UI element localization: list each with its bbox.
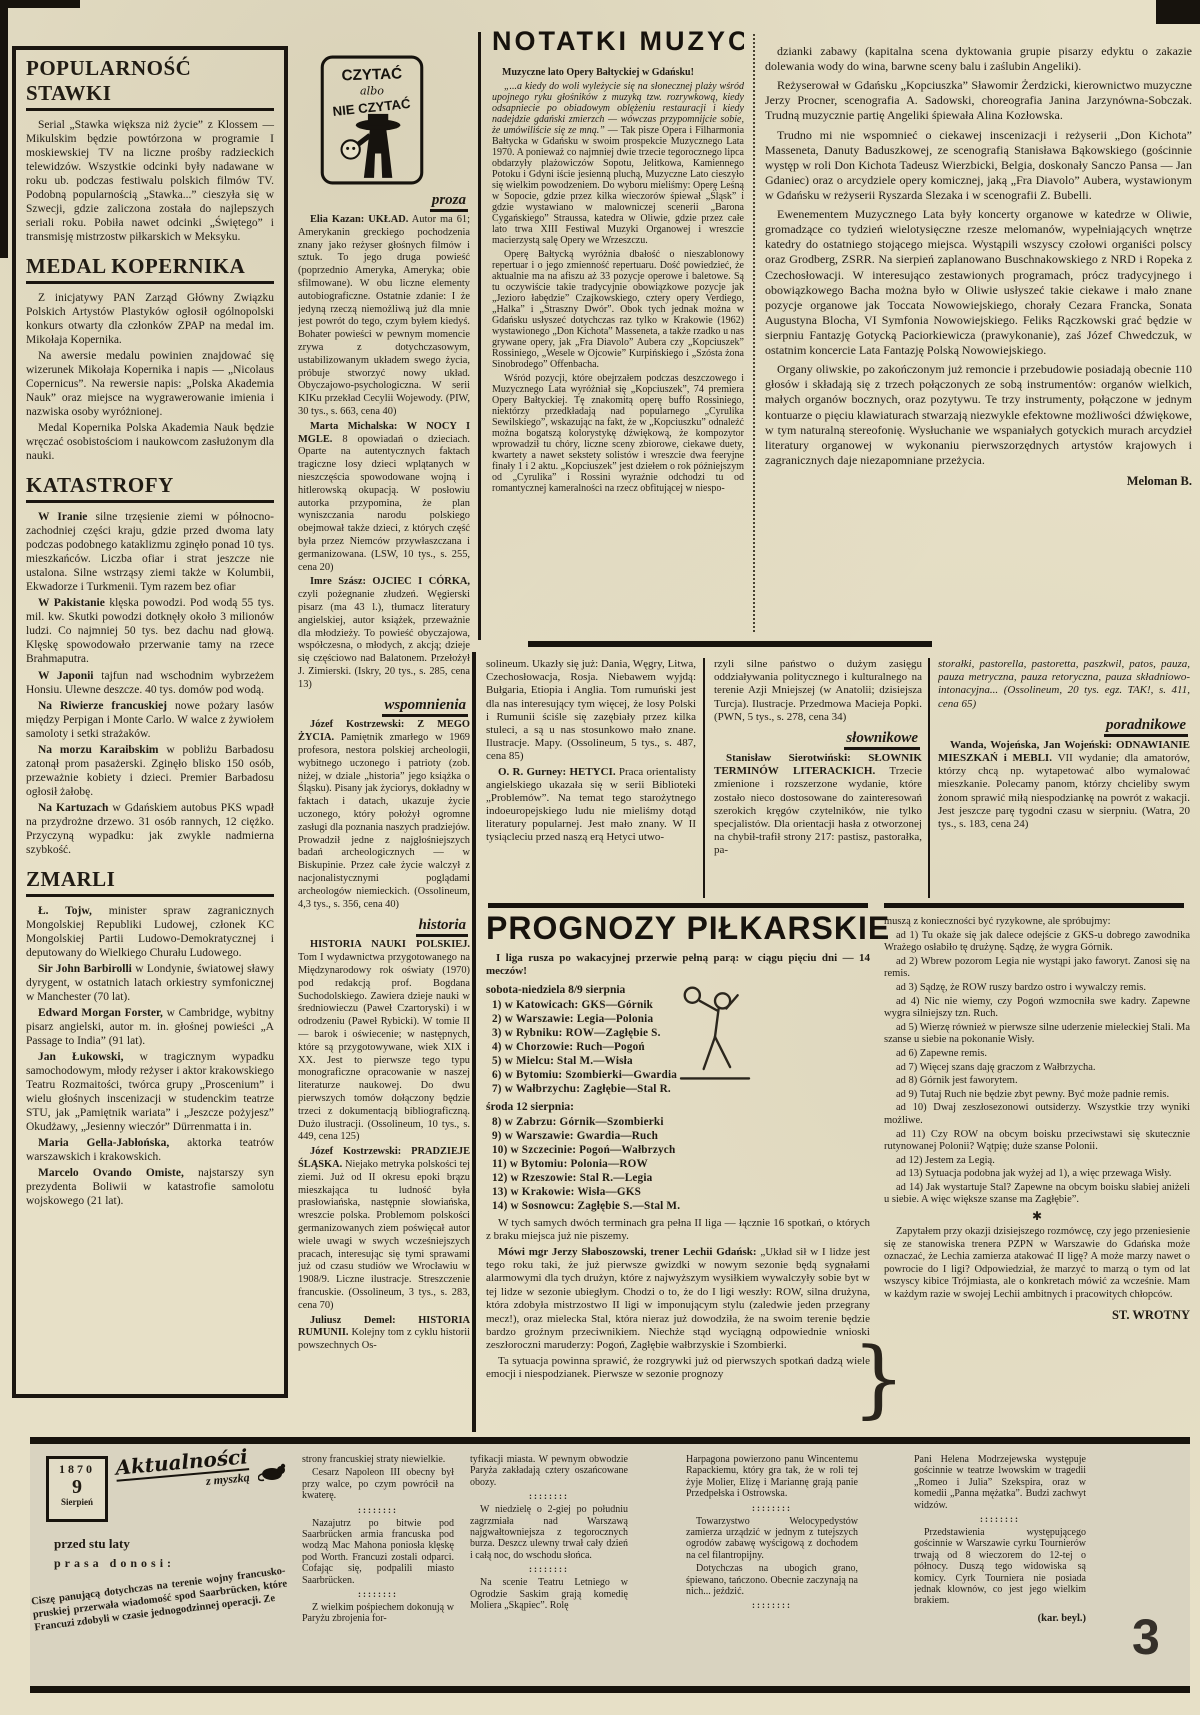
- stamp-day: 9: [49, 1477, 105, 1497]
- book-entry-continuation: rzyli silne państwo o dużym zasięgu oddz…: [714, 658, 922, 724]
- genre-label-slownikowe: słownikowe: [716, 730, 920, 747]
- music-paragraph: Operę Bałtycką wyróżnia dbałość o niesza…: [492, 249, 744, 370]
- retro-item: Towarzystwo Welocypedystów zamierza urzą…: [686, 1516, 858, 1562]
- book-entry: Juliusz Demel: HISTORIA RUMUNII. Kolejny…: [298, 1315, 470, 1353]
- fixture-row: 1) w Katowicach: GKS—Górnik: [492, 998, 870, 1012]
- music-paragraph: Reżyserował w Gdańsku „Kopciuszka” Sławo…: [765, 78, 1192, 123]
- zmarli-item: Jan Łukowski, w tragicznym wypadku samoc…: [26, 1050, 274, 1134]
- prediction-item: ad 8) Górnik jest faworytem.: [884, 1075, 1190, 1088]
- colon-separator: ::::::::: [302, 1505, 454, 1515]
- retro-item: Przedstawienia występującego gościnnie w…: [914, 1527, 1086, 1607]
- book-entry: Stanisław Sierotwiński: SŁOWNIK TERMINÓW…: [714, 752, 922, 858]
- retro-item: Dotychczas na ubogich grano, śpiewano, t…: [686, 1563, 858, 1597]
- music-section-title: NOTATKI MUZYCZNE: [492, 26, 744, 57]
- katastrofy-item: W Pakistanie klęska powodzi. Pod wodą 55…: [26, 596, 274, 666]
- retro-signature: (kar. beyl.): [914, 1613, 1086, 1624]
- fixture-row: 12) w Rzeszowie: Stal R.—Legia: [492, 1171, 870, 1185]
- football-section-title: PROGNOZY PIŁKARSKIE: [486, 910, 890, 947]
- colon-separator: ::::::::: [470, 1564, 628, 1574]
- fixture-row: 8) w Zabrzu: Górnik—Szombierki: [492, 1115, 870, 1129]
- retro-caption-line2: prasa donosi:: [54, 1556, 175, 1571]
- badge-line-czytac: CZYTAĆ: [341, 64, 402, 84]
- prediction-item: ad 6) Zapewne remis.: [884, 1048, 1190, 1061]
- retro-column-2: tyfikacji miasta. W pewnym obwodzie Pary…: [470, 1454, 628, 1686]
- fixture-row: 2) w Warszawie: Legia—Polonia: [492, 1012, 870, 1026]
- katastrofy-item: Na Kartuzach w Gdańskiem autobus PKS wpa…: [26, 801, 274, 857]
- music-paragraph: Wśród pozycji, które obejrzałem podczas …: [492, 373, 744, 494]
- calendar-stamp: 1870 9 Sierpień: [46, 1456, 108, 1522]
- fixture-row: 9) w Warszawie: Gwardia—Ruch: [492, 1129, 870, 1143]
- book-entry-continuation: storałki, pastorella, pastoretta, paszkw…: [938, 658, 1190, 711]
- medal-paragraph: Z inicjatywy PAN Zarząd Główny Związku P…: [26, 291, 274, 347]
- zmarli-item: Ł. Tojw, minister spraw zagranicznych Mo…: [26, 904, 274, 960]
- stamp-year: 1870: [49, 1462, 105, 1477]
- retro-item: Cesarz Napoleon III obecny był przy walc…: [302, 1467, 454, 1501]
- football-paragraph: W tych samych dwóch terminach gra pełna …: [486, 1217, 870, 1244]
- colon-separator: ::::::::: [914, 1514, 1086, 1524]
- retro-item: Harpagona powierzono panu Wincentemu Rap…: [686, 1454, 858, 1500]
- zmarli-item: Sir John Barbirolli w Londynie, światowe…: [26, 962, 274, 1004]
- section-divider-rule: [528, 641, 932, 647]
- prediction-item: ad 12) Jestem za Legią.: [884, 1155, 1190, 1168]
- midband-column-b: rzyli silne państwo o dużym zasięgu oddz…: [714, 658, 922, 903]
- prediction-item: ad 7) Więcej szans daję graczom z Wałbrz…: [884, 1062, 1190, 1075]
- music-notes-column: NOTATKI MUZYCZNE Muzyczne lato Opery Bał…: [492, 26, 744, 644]
- football-intro: I liga rusza po wakacyjnej przerwie pełn…: [486, 952, 870, 979]
- left-news-box: POPULARNOŚĆ STAWKI Serial „Stawka większ…: [12, 46, 288, 1398]
- fixture-row: 14) w Sosnowcu: Zagłębie S.—Stal M.: [492, 1199, 870, 1213]
- popularnosc-paragraph: Serial „Stawka większa niż życie” z Klos…: [26, 118, 274, 244]
- fixture-row: 4) w Chorzowie: Ruch—Pogoń: [492, 1040, 870, 1054]
- retro-slanted-lead: Ciszę panującą dotychczas na terenie woj…: [31, 1565, 290, 1635]
- book-entry-continuation: solineum. Ukazły się już: Dania, Węgry, …: [486, 658, 696, 764]
- asterisk-divider: ✱: [884, 1209, 1190, 1224]
- colon-separator: ::::::::: [470, 1491, 628, 1501]
- genre-label-historia: historia: [300, 917, 468, 934]
- newspaper-page: POPULARNOŚĆ STAWKI Serial „Stawka większ…: [0, 0, 1200, 1715]
- retro-item: Nazajutrz po bitwie pod Saarbrücken armi…: [302, 1518, 454, 1586]
- book-entry: HISTORIA NAUKI POLSKIEJ. Tom I wydawnict…: [298, 939, 470, 1144]
- corner-ink-mark: [1156, 0, 1200, 24]
- music-paragraph: Ewenementem Muzycznego Lata były koncert…: [765, 207, 1192, 358]
- book-entry: Józef Kostrzewski: Z MEGO ŻYCIA. Pamiętn…: [298, 719, 470, 911]
- football-paragraph: Ta sytuacja powinna sprawić, że rozgrywk…: [486, 1355, 870, 1382]
- retro-column-4: Pani Helena Modrzejewska występuje gości…: [914, 1454, 1086, 1686]
- zmarli-item: Edward Morgan Forster, w Cambridge, wybi…: [26, 1006, 274, 1048]
- book-reviews-column: CZYTAĆ albo NIE CZYTAĆ proza Elia Kazan:…: [298, 52, 470, 1430]
- badge-line-albo: albo: [360, 85, 384, 98]
- music-continuation-column: dzianki zabawy (kapitalna scena dyktowan…: [765, 44, 1192, 660]
- aktualnosci-z-myszka-logo: Aktualności z myszką: [114, 1444, 250, 1496]
- book-entry: O. R. Gurney: HETYCI. Praca orientalisty…: [486, 766, 696, 845]
- retro-item: Z wielkim pośpiechem dokonują w Paryżu z…: [302, 1602, 454, 1625]
- section-title-medal: MEDAL KOPERNIKA: [26, 254, 274, 284]
- retro-item: W niedzielę o 2-giej po południu zagrzmi…: [470, 1504, 628, 1561]
- medal-paragraph: Na awersie medalu powinien znajdować się…: [26, 349, 274, 419]
- prediction-item: ad 5) Wierzę również w pierwsze silne ud…: [884, 1022, 1190, 1047]
- football-left-column: I liga rusza po wakacyjnej przerwie pełn…: [486, 952, 870, 1432]
- colon-separator: ::::::::: [686, 1600, 858, 1610]
- page-number: 3: [1132, 1608, 1160, 1666]
- fixture-row: 6) w Bytomiu: Szombierki—Gwardia: [492, 1068, 870, 1082]
- top-edge-ink-bar: [0, 0, 80, 8]
- genre-label-wspomnienia: wspomnienia: [300, 697, 468, 714]
- column-rule: [703, 658, 705, 898]
- fixtures-round1-list: 1) w Katowicach: GKS—Górnik 2) w Warszaw…: [486, 998, 870, 1096]
- stamp-month: Sierpień: [49, 1497, 105, 1507]
- retro-item: strony francuskiej straty niewielkie.: [302, 1454, 454, 1465]
- football-paragraph: Mówi mgr Jerzy Słaboszowski, trener Lech…: [486, 1246, 870, 1353]
- katastrofy-item: W Iranie silne trzęsienie ziemi w północ…: [26, 510, 274, 594]
- mouse-icon: [258, 1458, 292, 1484]
- book-entry: Marta Michalska: W NOCY I MGLE. 8 opowia…: [298, 421, 470, 575]
- music-signature: Meloman B.: [765, 474, 1192, 489]
- colon-separator: ::::::::: [686, 1503, 858, 1513]
- retro-item: Na scenie Teatru Letniego w Ogrodzie Sas…: [470, 1577, 628, 1611]
- prediction-item: ad 3) Sądzę, że ROW ruszy bardzo ostro i…: [884, 982, 1190, 995]
- section-title-katastrofy: KATASTROFY: [26, 473, 274, 503]
- hundred-years-ago-strip: 1870 9 Sierpień Aktualności z myszką prz…: [30, 1437, 1190, 1693]
- dotted-column-rule: [753, 34, 755, 632]
- fixture-row: 13) w Krakowie: Wisła—GKS: [492, 1185, 870, 1199]
- katastrofy-item: W Japonii tajfun nad wschodnim wybrzeżem…: [26, 669, 274, 697]
- book-entry: Elia Kazan: UKŁAD. Autor ma 61; Amerykan…: [298, 214, 470, 419]
- football-closing-paragraph: Zapytałem przy okazji dzisiejszego rozmó…: [884, 1226, 1190, 1302]
- retro-item: tyfikacji miasta. W pewnym obwodzie Pary…: [470, 1454, 628, 1488]
- prediction-item: ad 2) Wbrew pozorom Legia nie wystąpi ja…: [884, 956, 1190, 981]
- section-title-zmarli: ZMARLI: [26, 867, 274, 897]
- prediction-item: ad 9) Tutaj Ruch nie będzie zbyt pewny. …: [884, 1089, 1190, 1102]
- music-paragraph: Organy oliwskie, po zakończonym już remo…: [765, 362, 1192, 468]
- fixtures-round2-list: 8) w Zabrzu: Górnik—Szombierki 9) w Wars…: [486, 1115, 870, 1213]
- prediction-item: ad 10) Dwaj zeszłosezonowi outsiderzy. W…: [884, 1102, 1190, 1127]
- midband-column-a: solineum. Ukazły się już: Dania, Węgry, …: [486, 658, 696, 903]
- fixture-row: 10) w Szczecinie: Pogoń—Wałbrzych: [492, 1143, 870, 1157]
- retro-item: Pani Helena Modrzejewska występuje gości…: [914, 1454, 1086, 1511]
- football-predictions-column: muszą z konieczności być ryzykowne, ale …: [884, 916, 1190, 1432]
- prediction-item: ad 4) Nic nie wiemy, czy Pogoń wzmocniła…: [884, 996, 1190, 1021]
- book-entry: Józef Kostrzewski: PRADZIEJE ŚLĄSKA. Nie…: [298, 1146, 470, 1312]
- zmarli-item: Maria Gella-Jabłońska, aktorka teatrów w…: [26, 1136, 274, 1164]
- prediction-item: ad 13) Sytuacja podobna jak wyżej ad 1),…: [884, 1168, 1190, 1181]
- katastrofy-item: Na Riwierze francuskiej nowe pożary lasó…: [26, 699, 274, 741]
- book-entry: Wanda, Wojeńska, Jan Wojeński: ODNAWIANI…: [938, 739, 1190, 831]
- retro-column-3: Harpagona powierzono panu Wincentemu Rap…: [686, 1454, 858, 1686]
- colon-separator: ::::::::: [302, 1589, 454, 1599]
- midband-column-c: storałki, pastorella, pastoretta, paszkw…: [938, 658, 1190, 903]
- prediction-item: ad 14) Jak wystartuje Stal? Zapewne na o…: [884, 1182, 1190, 1207]
- column-rule: [928, 658, 930, 898]
- katastrofy-item: Na morzu Karaibskim w pobliżu Barbadosu …: [26, 743, 274, 799]
- prediction-item: ad 11) Czy ROW na obcym boisku przeciwst…: [884, 1129, 1190, 1154]
- prediction-item: ad 1) Tu okaże się jak dalece odejście z…: [884, 930, 1190, 955]
- genre-label-proza: proza: [300, 192, 468, 209]
- retro-caption-line1: przed stu laty: [54, 1536, 130, 1552]
- fixture-row: 7) w Wałbrzychu: Zagłębie—Stal R.: [492, 1082, 870, 1096]
- retro-column-1: strony francuskiej straty niewielkie. Ce…: [302, 1454, 454, 1686]
- fixtures-round1-label: sobota-niedziela 8/9 sierpnia: [486, 984, 870, 996]
- music-paragraph: „...a kiedy do woli wyleżycie się na sło…: [492, 81, 744, 246]
- music-lead-line: Muzyczne lato Opery Bałtyckiej w Gdańsku…: [492, 67, 744, 78]
- football-signature: ST. WROTNY: [884, 1308, 1190, 1323]
- football-top-rule-right: [884, 903, 1184, 908]
- fixture-row: 11) w Bytomiu: Polonia—ROW: [492, 1157, 870, 1171]
- music-paragraph: dzianki zabawy (kapitalna scena dyktowan…: [765, 44, 1192, 74]
- fixtures-round2-label: środa 12 sierpnia:: [486, 1101, 870, 1113]
- book-entry: Imre Szász: OJCIEC I CÓRKA, czyli pożegn…: [298, 576, 470, 691]
- genre-label-poradnikowe: poradnikowe: [940, 717, 1188, 734]
- football-box-rule: [472, 652, 476, 1432]
- zmarli-item: Marcelo Ovando Omiste, najstarszy syn pr…: [26, 1166, 274, 1208]
- predictions-intro: muszą z konieczności być ryzykowne, ale …: [884, 916, 1190, 929]
- hamlet-figure-icon: [342, 114, 401, 178]
- football-top-rule: [488, 903, 868, 908]
- music-paragraph: Trudno mi nie wspomnieć o ciekawej insce…: [765, 128, 1192, 204]
- left-edge-ink-bar: [0, 0, 8, 258]
- czytac-albo-nie-czytac-illustration: CZYTAĆ albo NIE CZYTAĆ: [318, 54, 426, 186]
- column-rule: [478, 32, 481, 640]
- fixture-row: 5) w Mielcu: Stal M.—Wisła: [492, 1054, 870, 1068]
- fixture-row: 3) w Rybniku: ROW—Zagłębie S.: [492, 1026, 870, 1040]
- medal-paragraph: Medal Kopernika Polska Akademia Nauk będ…: [26, 421, 274, 463]
- section-title-popularnosc: POPULARNOŚĆ STAWKI: [26, 56, 274, 111]
